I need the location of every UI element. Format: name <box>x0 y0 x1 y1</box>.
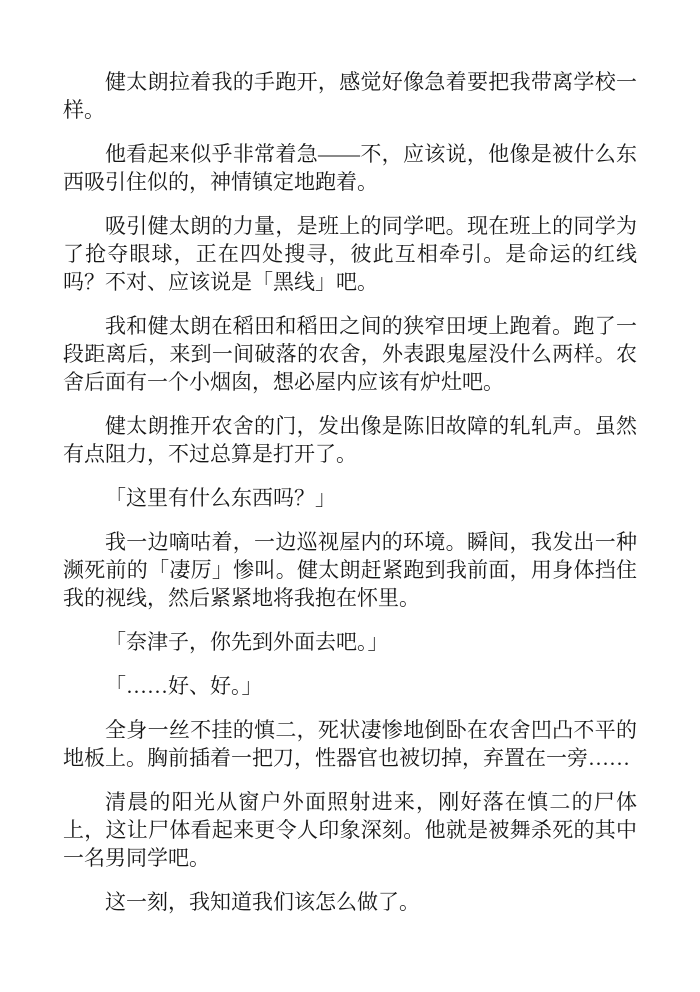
paragraph: 吸引健太朗的力量，是班上的同学吧。现在班上的同学为了抢夺眼球，正在四处搜寻，彼此… <box>63 212 637 296</box>
paragraph: 健太朗推开农舍的门，发出像是陈旧故障的轧轧声。虽然有点阻力，不过总算是打开了。 <box>63 412 637 468</box>
paragraph-dialogue: 「这里有什么东西吗？」 <box>63 484 637 512</box>
page: 健太朗拉着我的手跑开，感觉好像急着要把我带离学校一样。 他看起来似乎非常着急——… <box>0 0 700 992</box>
paragraph: 全身一丝不挂的慎二，死状凄惨地倒卧在农舍凹凸不平的地板上。胸前插着一把刀，性器官… <box>63 716 637 772</box>
paragraph: 我一边嘀咕着，一边巡视屋内的环境。瞬间，我发出一种濒死前的「凄厉」惨叫。健太朗赶… <box>63 528 637 612</box>
paragraph: 清晨的阳光从窗户外面照射进来，刚好落在慎二的尸体上，这让尸体看起来更令人印象深刻… <box>63 788 637 872</box>
body-text: 健太朗拉着我的手跑开，感觉好像急着要把我带离学校一样。 他看起来似乎非常着急——… <box>63 68 637 916</box>
paragraph: 这一刻，我知道我们该怎么做了。 <box>63 888 637 916</box>
paragraph: 健太朗拉着我的手跑开，感觉好像急着要把我带离学校一样。 <box>63 68 637 124</box>
paragraph: 他看起来似乎非常着急——不，应该说，他像是被什么东西吸引住似的，神情镇定地跑着。 <box>63 140 637 196</box>
paragraph: 我和健太朗在稻田和稻田之间的狭窄田埂上跑着。跑了一段距离后，来到一间破落的农舍，… <box>63 312 637 396</box>
paragraph-dialogue: 「奈津子，你先到外面去吧。」 <box>63 628 637 656</box>
paragraph-dialogue: 「……好、好。」 <box>63 672 637 700</box>
